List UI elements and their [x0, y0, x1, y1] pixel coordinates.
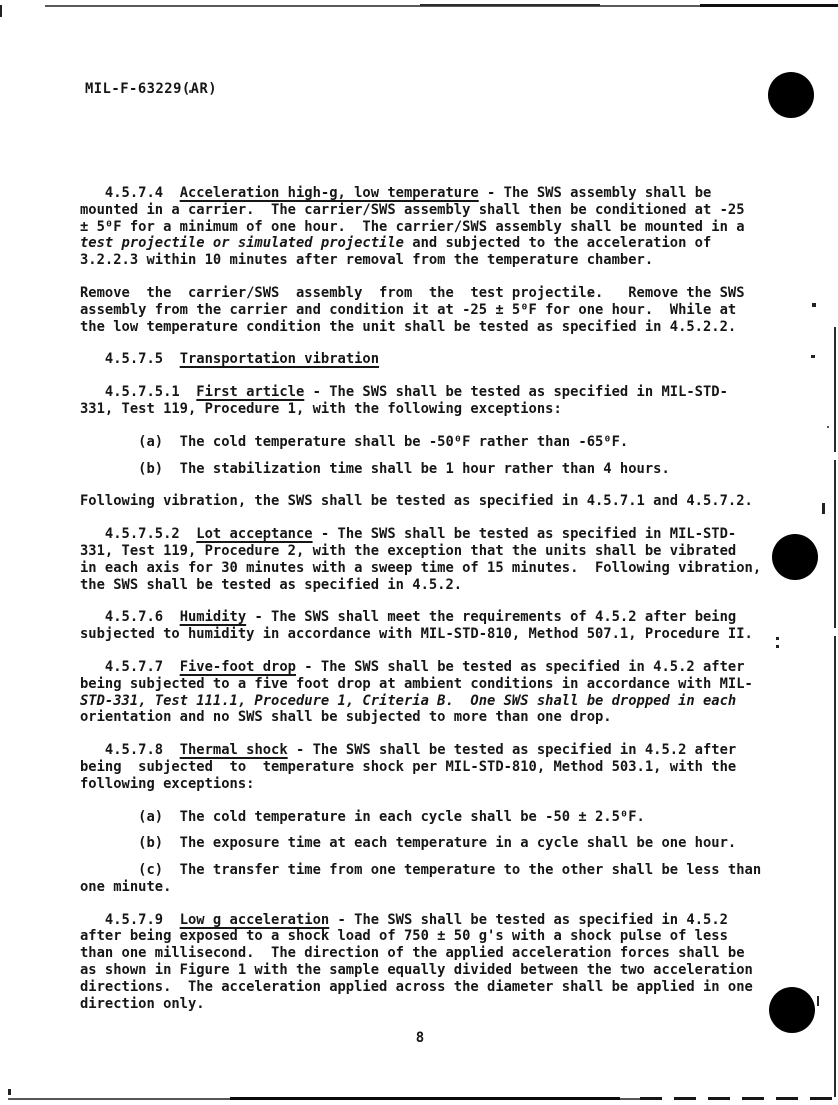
section-4-5-7-9: 4.5.7.9 Low g acceleration - The SWS sha… [80, 912, 790, 1013]
text-line: 4.5.7.9 Low g acceleration - The SWS sha… [80, 912, 790, 929]
text-line: 3.2.2.3 within 10 minutes after removal … [80, 252, 790, 269]
scan-speck [811, 355, 815, 358]
text-line: 4.5.7.5.2 Lot acceptance - The SWS shall… [80, 526, 790, 543]
text-line: (b) The stabilization time shall be 1 ho… [80, 461, 790, 478]
document-body: 4.5.7.4 Acceleration high-g, low tempera… [80, 185, 790, 1012]
text-line: being subjected to a five foot drop at a… [80, 676, 790, 693]
list-item-b: (b) The stabilization time shall be 1 ho… [80, 461, 790, 478]
following-vibration-note: Following vibration, the SWS shall be te… [80, 493, 790, 510]
section-4-5-7-6: 4.5.7.6 Humidity - The SWS shall meet th… [80, 609, 790, 643]
scan-border-right-upper [834, 327, 836, 452]
registration-dot-top [768, 72, 814, 118]
section-4-5-7-4: 4.5.7.4 Acceleration high-g, low tempera… [80, 185, 790, 269]
scan-speck [588, 294, 591, 297]
section-4-5-7-5-heading: 4.5.7.5 Transportation vibration [80, 351, 790, 368]
scan-speck [8, 1089, 11, 1095]
text-line: 331, Test 119, Procedure 2, with the exc… [80, 543, 790, 560]
text-line: assembly from the carrier and condition … [80, 302, 790, 319]
scan-speck [189, 90, 192, 93]
scan-speck [822, 503, 825, 514]
text-line: (a) The cold temperature in each cycle s… [80, 809, 790, 826]
text-line: (b) The exposure time at each temperatur… [80, 835, 790, 852]
scan-speck [776, 645, 779, 648]
page-number: 8 [80, 1030, 760, 1046]
scan-border-top-mid [420, 4, 600, 6]
text-line: directions. The acceleration applied acr… [80, 979, 790, 996]
section-4-5-7-8: 4.5.7.8 Thermal shock - The SWS shall be… [80, 742, 790, 792]
text-line: mounted in a carrier. The carrier/SWS as… [80, 202, 790, 219]
text-line: Remove the carrier/SWS assembly from the… [80, 285, 790, 302]
scan-border-bottom-dashes [640, 1097, 838, 1100]
text-line: being subjected to temperature shock per… [80, 759, 790, 776]
scan-border-bottom-dark [230, 1097, 620, 1100]
text-line: the SWS shall be tested as specified in … [80, 577, 790, 594]
text-line: the low temperature condition the unit s… [80, 319, 790, 336]
scan-speck [817, 996, 819, 1006]
list-item-a2: (a) The cold temperature in each cycle s… [80, 809, 790, 826]
text-line: (c) The transfer time from one temperatu… [80, 862, 790, 879]
scan-speck [0, 5, 2, 17]
text-line: 4.5.7.5 Transportation vibration [80, 351, 790, 368]
text-line: test projectile or simulated projectile … [80, 235, 790, 252]
registration-dot-bottom [769, 987, 815, 1033]
section-4-5-7-5-2: 4.5.7.5.2 Lot acceptance - The SWS shall… [80, 526, 790, 593]
text-line: STD-331, Test 111.1, Procedure 1, Criter… [80, 693, 790, 710]
text-line: ± 5⁰F for a minimum of one hour. The car… [80, 219, 790, 236]
text-line: after being exposed to a shock load of 7… [80, 928, 790, 945]
scan-speck [776, 637, 779, 640]
scan-border-right-middle [834, 460, 836, 628]
section-4-5-7-4-cont: Remove the carrier/SWS assembly from the… [80, 285, 790, 335]
document-id-header: MIL-F-63229(AR) [85, 81, 790, 98]
text-line: 4.5.7.8 Thermal shock - The SWS shall be… [80, 742, 790, 759]
registration-dot-middle [772, 534, 818, 580]
text-line: 331, Test 119, Procedure 1, with the fol… [80, 401, 790, 418]
text-line: direction only. [80, 996, 790, 1013]
scan-speck [812, 303, 816, 307]
scan-border-top [45, 5, 705, 7]
section-4-5-7-7: 4.5.7.7 Five-foot drop - The SWS shall b… [80, 659, 790, 726]
text-line: than one millisecond. The direction of t… [80, 945, 790, 962]
text-line: in each axis for 30 minutes with a sweep… [80, 560, 790, 577]
text-line: following exceptions: [80, 776, 790, 793]
text-line: 4.5.7.4 Acceleration high-g, low tempera… [80, 185, 790, 202]
scanned-page: MIL-F-63229(AR) 4.5.7.4 Acceleration hig… [80, 47, 790, 1045]
text-line: Following vibration, the SWS shall be te… [80, 493, 790, 510]
text-line: (a) The cold temperature shall be -50⁰F … [80, 434, 790, 451]
scan-speck [827, 426, 829, 428]
list-item-b2: (b) The exposure time at each temperatur… [80, 835, 790, 852]
list-item-a: (a) The cold temperature shall be -50⁰F … [80, 434, 790, 451]
text-line: subjected to humidity in accordance with… [80, 626, 790, 643]
scan-border-right-lower [834, 636, 836, 1097]
text-line: 4.5.7.5.1 First article - The SWS shall … [80, 384, 790, 401]
scan-border-top-right [700, 4, 838, 7]
text-line: orientation and no SWS shall be subjecte… [80, 709, 790, 726]
text-line: 4.5.7.7 Five-foot drop - The SWS shall b… [80, 659, 790, 676]
list-item-c2: (c) The transfer time from one temperatu… [80, 862, 790, 896]
section-4-5-7-5-1: 4.5.7.5.1 First article - The SWS shall … [80, 384, 790, 418]
text-line: as shown in Figure 1 with the sample equ… [80, 962, 790, 979]
text-line: 4.5.7.6 Humidity - The SWS shall meet th… [80, 609, 790, 626]
text-line: one minute. [80, 879, 790, 896]
